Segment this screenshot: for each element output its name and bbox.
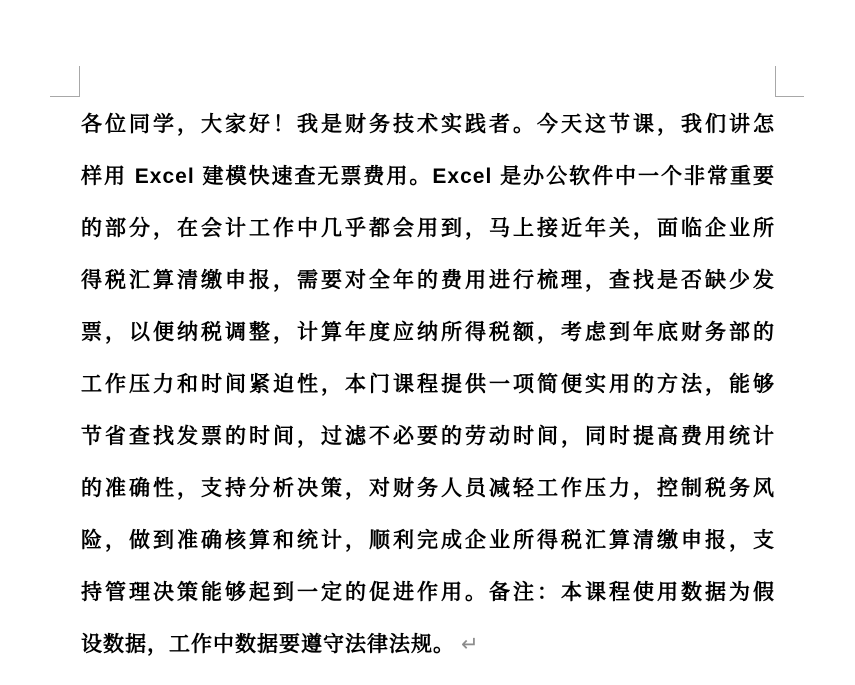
text-line[interactable]: 险，做到准确核算和统计，顺利完成企业所得税汇算清缴申报，支 (81, 515, 775, 567)
text-line[interactable]: 各位同学，大家好！我是财务技术实践者。今天这节课，我们讲怎 (81, 99, 775, 151)
text-line[interactable]: 持管理决策能够起到一定的促进作用。备注：本课程使用数据为假 (81, 567, 775, 619)
text-line[interactable]: 节省查找发票的时间，过滤不必要的劳动时间，同时提高费用统计 (81, 411, 775, 463)
margin-crop-mark-top-right-icon (775, 66, 804, 97)
text-line[interactable]: 样用 Excel 建模快速查无票费用。Excel 是办公软件中一个非常重要 (81, 151, 775, 203)
text-line[interactable]: 票，以便纳税调整，计算年度应纳所得税额，考虑到年底财务部的 (81, 307, 775, 359)
document-text-body[interactable]: 各位同学，大家好！我是财务技术实践者。今天这节课，我们讲怎样用 Excel 建模… (81, 99, 775, 671)
text-line[interactable]: 工作压力和时间紧迫性，本门课程提供一项简便实用的方法，能够 (81, 359, 775, 411)
text-line[interactable]: 的部分，在会计工作中几乎都会用到，马上接近年关，面临企业所 (81, 203, 775, 255)
paragraph-mark-icon: ↵ (461, 633, 479, 656)
text-line[interactable]: 得税汇算清缴申报，需要对全年的费用进行梳理，查找是否缺少发 (81, 255, 775, 307)
margin-crop-mark-top-left-icon (50, 66, 80, 97)
text-line[interactable]: 的准确性，支持分析决策，对财务人员减轻工作压力，控制税务风 (81, 463, 775, 515)
document-page: 各位同学，大家好！我是财务技术实践者。今天这节课，我们讲怎样用 Excel 建模… (0, 0, 855, 685)
text-line[interactable]: 设数据，工作中数据要遵守法律法规。↵ (81, 619, 775, 671)
